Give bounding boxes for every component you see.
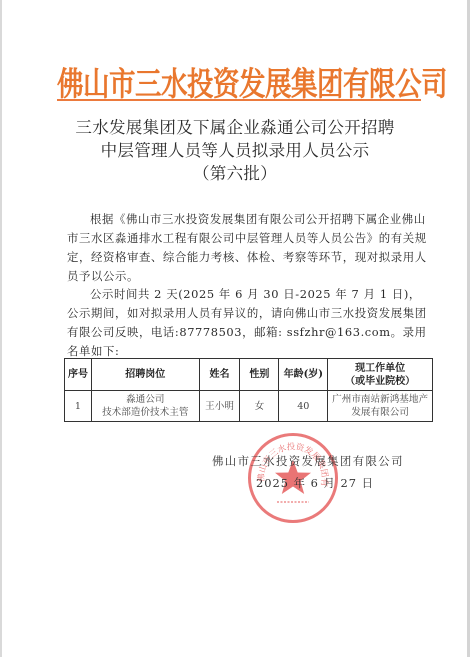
header-unit-line-2: （或毕业院校） (328, 375, 432, 388)
cell-position-line-2: 技术部造价技术主管 (92, 406, 199, 419)
header-index: 序号 (65, 359, 92, 391)
cell-unit-line-2: 发展有限公司 (328, 406, 432, 419)
document-title: 三水发展集团及下属企业淼通公司公开招聘 中层管理人员等人员拟录用人员公示 （第六… (40, 116, 430, 185)
cell-gender: 女 (240, 391, 279, 422)
header-gender: 性别 (240, 359, 279, 391)
cell-position-line-1: 淼通公司 (92, 393, 199, 406)
signature-date: 2025 年 6 月 27 日 (256, 475, 406, 491)
cell-index: 1 (65, 391, 92, 422)
header-unit-line-1: 现工作单位 (328, 362, 432, 375)
cell-unit: 广州市南站新鸿基地产 发展有限公司 (328, 391, 433, 422)
cell-age: 40 (279, 391, 328, 422)
cell-unit-line-1: 广州市南站新鸿基地产 (328, 393, 432, 406)
body-paragraph-1: 根据《佛山市三水投资发展集团有限公司公开招聘下属企业佛山市三水区淼通排水工程有限… (67, 210, 427, 286)
letterhead-org-name: 佛山市三水投资发展集团有限公司 (57, 57, 420, 105)
header-name: 姓名 (199, 359, 240, 391)
table-header-row: 序号 招聘岗位 姓名 性别 年龄(岁) 现工作单位 （或毕业院校） (65, 359, 433, 391)
title-line-3: （第六批） (40, 162, 430, 185)
hire-roster-table: 序号 招聘岗位 姓名 性别 年龄(岁) 现工作单位 （或毕业院校） 1 淼通公司… (64, 358, 433, 422)
cell-name: 王小明 (199, 391, 240, 422)
page-edge-left (0, 0, 2, 657)
header-position: 招聘岗位 (91, 359, 199, 391)
header-unit: 现工作单位 （或毕业院校） (328, 359, 433, 391)
title-line-1: 三水发展集团及下属企业淼通公司公开招聘 (40, 116, 430, 139)
cell-position: 淼通公司 技术部造价技术主管 (91, 391, 199, 422)
table-row: 1 淼通公司 技术部造价技术主管 王小明 女 40 广州市南站新鸿基地产 发展有… (65, 391, 433, 422)
header-age: 年龄(岁) (279, 359, 328, 391)
body-paragraph-2: 公示时间共 2 天(2025 年 6 月 30 日-2025 年 7 月 1 日… (67, 285, 427, 361)
signature-org: 佛山市三水投资发展集团有限公司 (212, 453, 412, 469)
title-line-2: 中层管理人员等人员拟录用人员公示 (40, 139, 430, 162)
letterhead-rule (57, 99, 421, 101)
